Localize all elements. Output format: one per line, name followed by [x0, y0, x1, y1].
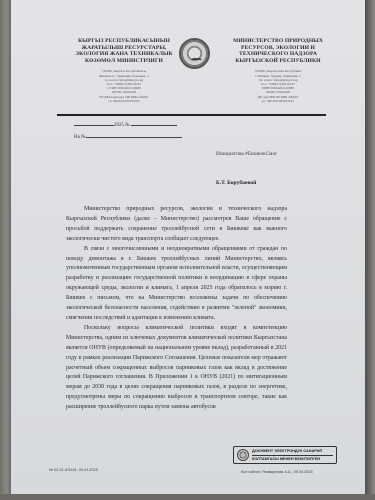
letterhead-divider [57, 114, 326, 116]
title-line: КӨЗӨМӨЛ МИНИСТРЛИГИ [69, 58, 179, 65]
state-emblem-icon [237, 449, 249, 461]
document-registration-number: № 02-01-6/3181, 09.04.2025 [49, 468, 98, 472]
title-line: КЫРГЫЗ РЕСПУБЛИКАСЫНЫН [69, 38, 179, 45]
letterhead-kyrgyz-title: КЫРГЫЗ РЕСПУБЛИКАСЫНЫН ЖАРАТЫЛЫШ РЕСУРСТ… [69, 38, 179, 64]
title-line: ТЕХНИЧЕСКОГО НАДЗОРА [223, 51, 333, 58]
body-paragraph: В связи с многочисленными и неоднократны… [66, 245, 287, 324]
letter-page: КЫРГЫЗ РЕСПУБЛИКАСЫНЫН ЖАРАТЫЛЫШ РЕСУРСТ… [11, 0, 365, 494]
background-surface [365, 0, 375, 500]
state-emblem-icon [179, 38, 210, 69]
title-line: КЫРГЫЗСКОЙ РЕСПУБЛИКИ [223, 58, 333, 65]
title-line: ЖАРАТЫЛЫШ РЕСУРСТАРЫ, [69, 45, 179, 52]
letterhead-russian-address: 720040, Кыргызская Республика г. Бишкек,… [223, 69, 333, 103]
letterhead-kyrgyz-address: 720040, Кыргыз Республикасы Бишкек ш., Э… [69, 69, 179, 103]
letter-body: Министерство природных ресурсов, экологи… [66, 205, 287, 413]
letterhead-russian-title: МИНИСТЕРСТВО ПРИРОДНЫХ РЕСУРСОВ, ЭКОЛОГИ… [223, 38, 333, 64]
letterhead-russian: МИНИСТЕРСТВО ПРИРОДНЫХ РЕСУРСОВ, ЭКОЛОГИ… [223, 38, 333, 103]
letterhead-kyrgyz: КЫРГЫЗ РЕСПУБЛИКАСЫНЫН ЖАРАТЫЛЫШ РЕСУРСТ… [69, 38, 179, 103]
address-line: р/с 4402011000102181 [223, 99, 333, 103]
address-line: э/э 4402011000102181 [69, 99, 179, 103]
recipient-addressee: Б.Т. Борубаевой [216, 180, 256, 186]
emblem-detail [191, 49, 202, 60]
recipient-organization: Инициатива #БишкекСмог [216, 151, 277, 157]
title-line: РЕСУРСОВ, ЭКОЛОГИИ И [223, 45, 333, 52]
date-number-label: 2025 № [114, 123, 130, 128]
stamp-divider [252, 455, 333, 456]
signed-by: Кол койгон: Раимкулова А.А., 09.04.2025 [241, 470, 313, 474]
title-line: МИНИСТЕРСТВО ПРИРОДНЫХ [223, 38, 333, 45]
reply-number-blank [86, 137, 182, 138]
body-paragraph: Поскольку вопросы климатической политики… [66, 324, 287, 413]
background-surface [0, 494, 375, 500]
stamp-line-1: Документ электрондук санарип [252, 449, 322, 453]
title-line: ЭКОЛОГИЯ ЖАНА ТЕХНИКАЛЫК [69, 51, 179, 58]
digital-signature-stamp: Документ электрондук санарип колтамгасы … [233, 446, 337, 464]
stamp-line-2: колтамгасы менен бекитилген [252, 457, 320, 461]
number-blank [131, 125, 177, 126]
reply-reference: На № [74, 135, 182, 140]
date-blank [74, 125, 114, 126]
body-paragraph: Министерство природных ресурсов, экологи… [66, 205, 287, 245]
reply-to-label: На № [74, 135, 86, 140]
outgoing-date-number: 2025 № [74, 123, 177, 128]
